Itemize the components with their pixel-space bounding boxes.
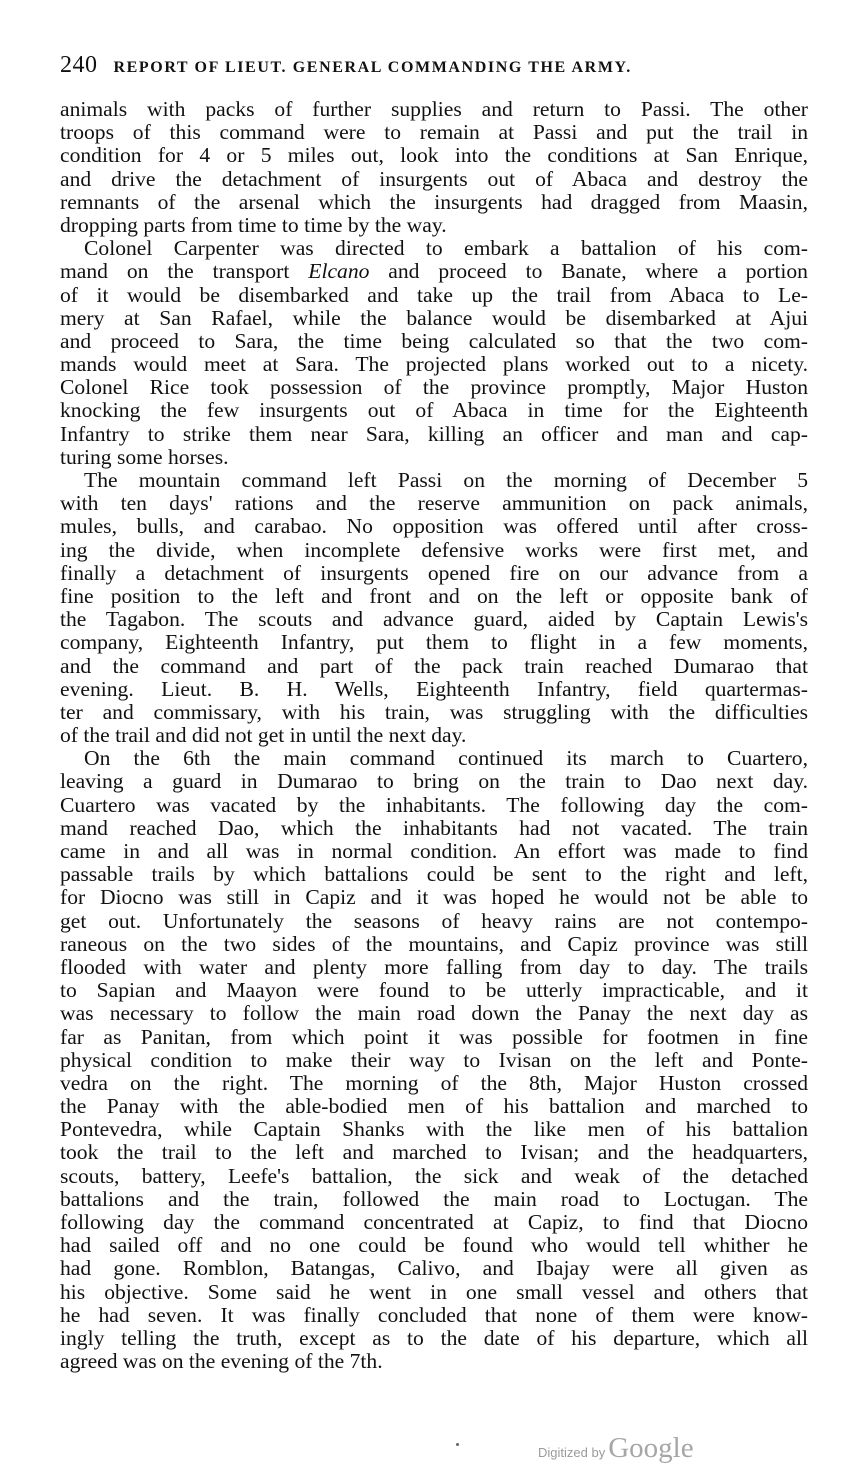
digitized-label: Digitized by (538, 1445, 605, 1460)
text-line: scouts, battery, Leefe's battalion, the … (60, 1165, 808, 1188)
text-line: his objective. Some said he went in one … (60, 1281, 808, 1304)
paragraph: Colonel Carpenter was directed to embark… (60, 237, 808, 469)
text-line: to Sapian and Maayon were found to be ut… (60, 979, 808, 1002)
digitized-watermark: Digitized by Google (538, 1432, 694, 1465)
text-line: Cuartero was vacated by the inhabitants.… (60, 794, 808, 817)
text-line: had sailed off and no one could be found… (60, 1234, 808, 1257)
text-line: animals with packs of further supplies a… (60, 98, 808, 121)
text-line: get out. Unfortunately the seasons of he… (60, 910, 808, 933)
book-page: 240 REPORT OF LIEUT. GENERAL COMMANDING … (60, 52, 808, 1373)
text-line: took the trail to the left and marched t… (60, 1141, 808, 1164)
text-line: far as Panitan, from which point it was … (60, 1026, 808, 1049)
text-line: came in and all was in normal condition.… (60, 840, 808, 863)
text-line: and proceed to Sara, the time being calc… (60, 330, 808, 353)
paragraph: On the 6th the main command continued it… (60, 747, 808, 1373)
text-line: with ten days' rations and the reserve a… (60, 492, 808, 515)
text-line: company, Eighteenth Infantry, put them t… (60, 631, 808, 654)
body-text: animals with packs of further supplies a… (60, 98, 808, 1373)
text-line: the Panay with the able-bodied men of hi… (60, 1095, 808, 1118)
text-line: Colonel Rice took possession of the prov… (60, 376, 808, 399)
text-line: and drive the detachment of insurgents o… (60, 168, 808, 191)
text-line: and the command and part of the pack tra… (60, 655, 808, 678)
text-line: mand reached Dao, which the inhabitants … (60, 817, 808, 840)
text-line: leaving a guard in Dumarao to bring on t… (60, 770, 808, 793)
paragraph: The mountain command left Passi on the m… (60, 469, 808, 747)
text-line: he had seven. It was finally concluded t… (60, 1304, 808, 1327)
text-line: mands would meet at Sara. The projected … (60, 353, 808, 376)
italic-ship-name: Elcano (308, 259, 369, 283)
text-line: physical condition to make their way to … (60, 1049, 808, 1072)
text-line: ter and commissary, with his train, was … (60, 701, 808, 724)
text-line: turing some horses. (60, 446, 808, 469)
text-line: knocking the few insurgents out of Abaca… (60, 399, 808, 422)
text-line: ingly telling the truth, except as to th… (60, 1327, 808, 1350)
text-line: Colonel Carpenter was directed to embark… (60, 237, 808, 260)
text-line: flooded with water and plenty more falli… (60, 956, 808, 979)
text-line: Pontevedra, while Captain Shanks with th… (60, 1118, 808, 1141)
text-line: vedra on the right. The morning of the 8… (60, 1072, 808, 1095)
text-line: evening. Lieut. B. H. Wells, Eighteenth … (60, 678, 808, 701)
text-line: mules, bulls, and carabao. No opposition… (60, 515, 808, 538)
google-logo: Google (608, 1432, 693, 1465)
text-line: dropping parts from time to time by the … (60, 214, 808, 237)
text-line: troops of this command were to remain at… (60, 121, 808, 144)
text-line: condition for 4 or 5 miles out, look int… (60, 144, 808, 167)
text-line: of it would be disembarked and take up t… (60, 284, 808, 307)
text-line: following day the command concentrated a… (60, 1211, 808, 1234)
text-line: battalions and the train, followed the m… (60, 1188, 808, 1211)
text-line: agreed was on the evening of the 7th. (60, 1350, 808, 1373)
text-line: ing the divide, when incomplete defensiv… (60, 539, 808, 562)
text-line: for Diocno was still in Capiz and it was… (60, 886, 808, 909)
running-head: 240 REPORT OF LIEUT. GENERAL COMMANDING … (60, 52, 808, 82)
header-title: REPORT OF LIEUT. GENERAL COMMANDING THE … (114, 59, 632, 77)
text-line: passable trails by which battalions coul… (60, 863, 808, 886)
text-line: was necessary to follow the main road do… (60, 1002, 808, 1025)
text-line: had gone. Romblon, Batangas, Calivo, and… (60, 1257, 808, 1280)
text-line: finally a detachment of insurgents opene… (60, 562, 808, 585)
text-line: the Tagabon. The scouts and advance guar… (60, 608, 808, 631)
paragraph: animals with packs of further supplies a… (60, 98, 808, 237)
text-line: The mountain command left Passi on the m… (60, 469, 808, 492)
text-line: fine position to the left and front and … (60, 585, 808, 608)
text-line: raneous on the two sides of the mountain… (60, 933, 808, 956)
page-number: 240 (60, 52, 98, 79)
text-line: On the 6th the main command continued it… (60, 747, 808, 770)
text-line: of the trail and did not get in until th… (60, 724, 808, 747)
text-line: mand on the transport Elcano and proceed… (60, 260, 808, 283)
text-line: mery at San Rafael, while the balance wo… (60, 307, 808, 330)
text-line: remnants of the arsenal which the insurg… (60, 191, 808, 214)
text-line: Infantry to strike them near Sara, killi… (60, 423, 808, 446)
scan-speck (456, 1443, 459, 1446)
